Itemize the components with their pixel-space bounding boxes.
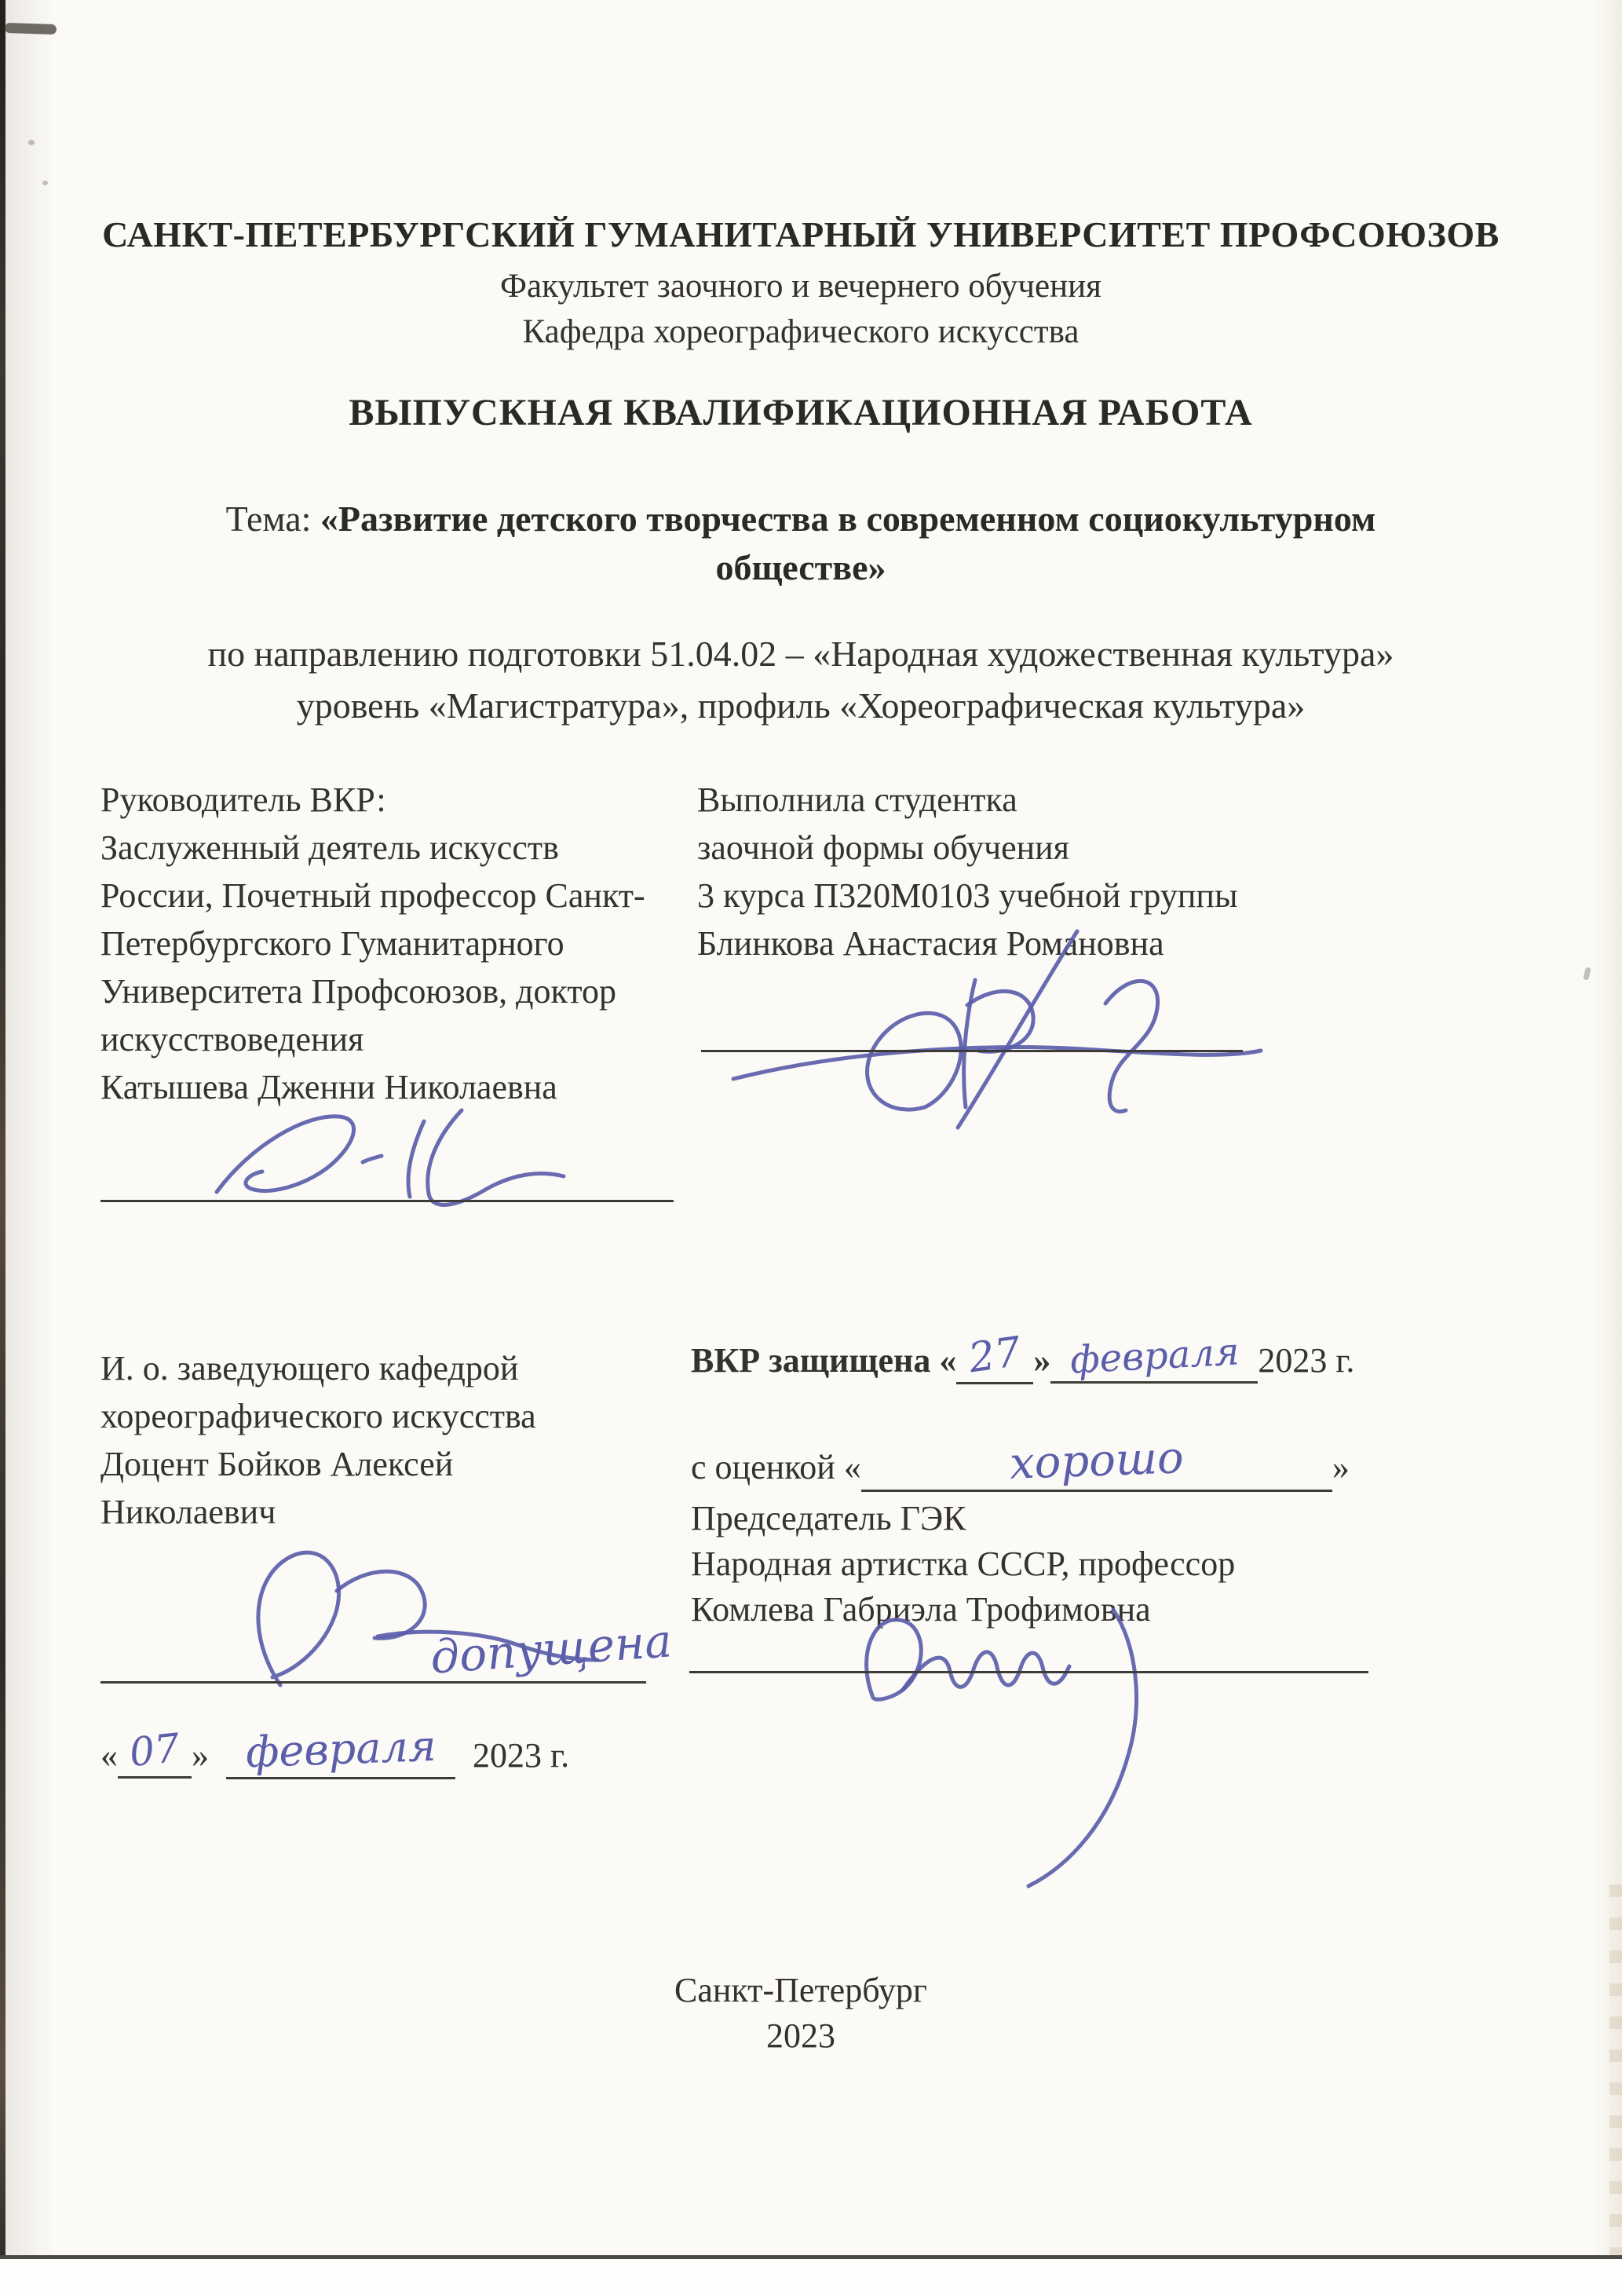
quote-open: « <box>939 1341 956 1380</box>
supervisor-signature-line <box>100 1200 674 1202</box>
quote-close: » <box>192 1736 209 1775</box>
theme-title: «Развитие детского творчества в современ… <box>320 499 1375 587</box>
scan-top-smudge-artifact <box>5 23 57 35</box>
department-name: Кафедра хореографического искусства <box>0 313 1602 351</box>
grade-suffix: » <box>1332 1448 1350 1486</box>
chair-signature-line <box>689 1671 1368 1673</box>
defense-year: 2023 г. <box>1258 1341 1354 1380</box>
supervisor-signature <box>188 1099 612 1209</box>
year: 2023 <box>0 2013 1602 2059</box>
admission-day-underline: 07 <box>118 1731 192 1779</box>
scanner-background <box>0 2259 1622 2296</box>
head-of-department-block: И. о. заведующего кафедрой хореографичес… <box>100 1344 768 1536</box>
defense-day-handwriting: 27 <box>966 1329 1024 1383</box>
admission-month-handwriting: февраля <box>245 1721 437 1777</box>
quote-open: « <box>100 1736 118 1775</box>
scan-speck <box>42 181 48 185</box>
scanned-thesis-title-page: САНКТ-ПЕТЕРБУРГСКИЙ ГУМАНИТАРНЫЙ УНИВЕРС… <box>0 0 1622 2296</box>
admission-signature-line <box>100 1681 646 1684</box>
quote-close: » <box>1033 1341 1050 1380</box>
chair-signature <box>824 1578 1248 1892</box>
scan-speck <box>1583 967 1591 980</box>
defense-prefix: ВКР защищена <box>691 1341 930 1380</box>
defense-month-handwriting: февраля <box>1069 1329 1240 1382</box>
program-direction: по направлению подготовки 51.04.02 – «На… <box>0 628 1602 732</box>
admission-year: 2023 г. <box>473 1736 569 1775</box>
footer: Санкт-Петербург 2023 <box>0 1968 1602 2059</box>
defense-date-line: ВКР защищена «27»февраля2023 г. <box>691 1335 1354 1384</box>
university-name: САНКТ-ПЕТЕРБУРГСКИЙ ГУМАНИТАРНЫЙ УНИВЕРС… <box>0 214 1602 255</box>
admission-day-handwriting: 07 <box>127 1725 181 1775</box>
theme-label: Тема: <box>226 499 320 539</box>
scan-right-edge-noise <box>1609 1885 1622 2255</box>
defense-month-underline: февраля <box>1050 1337 1258 1384</box>
thesis-theme: Тема: «Развитие детского творчества в со… <box>0 495 1602 592</box>
supervisor-block: Руководитель ВКР: Заслуженный деятель ис… <box>100 776 768 1111</box>
defense-day-underline: 27 <box>956 1335 1033 1384</box>
student-signature <box>722 925 1272 1129</box>
faculty-name: Факультет заочного и вечернего обучения <box>0 267 1602 305</box>
grade-underline: хорошо <box>861 1439 1332 1492</box>
admission-date-line: «07» февраля 2023 г. <box>100 1727 569 1779</box>
work-type-title: ВЫПУСКНАЯ КВАЛИФИКАЦИОННАЯ РАБОТА <box>0 391 1602 434</box>
admission-month-underline: февраля <box>226 1727 455 1779</box>
scan-speck <box>28 140 35 145</box>
grade-line: с оценкой «хорошо» <box>691 1439 1350 1492</box>
grade-prefix: с оценкой « <box>691 1448 861 1486</box>
student-signature-line <box>701 1050 1243 1052</box>
grade-handwriting: хорошо <box>1009 1432 1185 1490</box>
city: Санкт-Петербург <box>0 1968 1602 2013</box>
